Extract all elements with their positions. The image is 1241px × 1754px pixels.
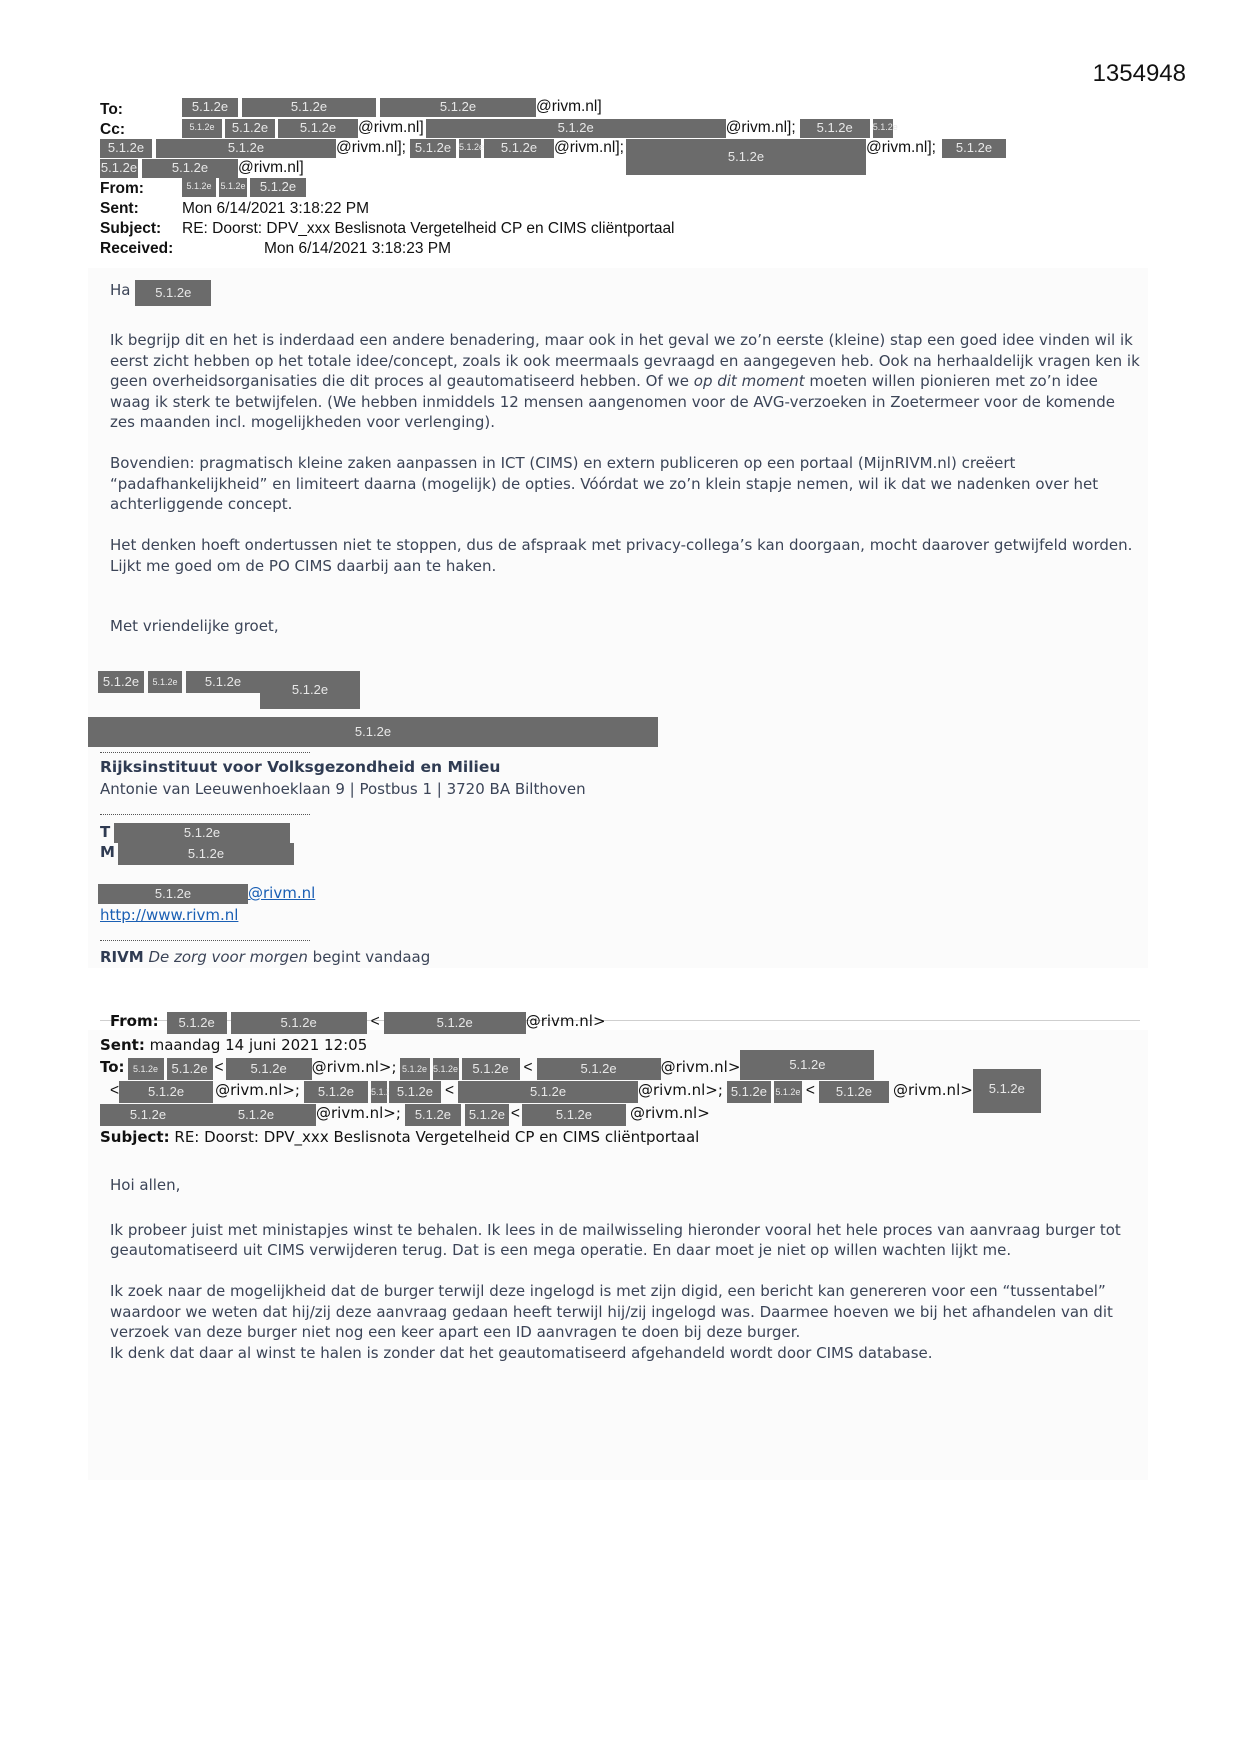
redaction: 5.1.2e [219, 178, 247, 197]
received-row: Received:Mon 6/14/2021 3:18:23 PM [100, 239, 451, 259]
greeting: Hoi allen, [110, 1175, 1140, 1196]
redaction: 5.1.2e [98, 884, 248, 904]
email-domain: @rivm.nl] [536, 98, 602, 115]
to-label: To: [100, 1058, 125, 1076]
sent-value: Mon 6/14/2021 3:18:22 PM [182, 200, 369, 217]
email-domain: @rivm.nl]; [726, 119, 796, 136]
redaction: 5.1.2e [800, 119, 870, 138]
redaction: 5.1.2e [186, 671, 260, 693]
paragraph: Ik begrijp dit en het is inderdaad een a… [110, 330, 1140, 433]
signature-title: 5.1.2e [88, 717, 658, 747]
redaction: 5.1.2e [135, 280, 211, 306]
redaction: 5.1.2e [522, 1104, 626, 1126]
paragraph: Ik denk dat daar al winst te halen is zo… [110, 1343, 1140, 1364]
redaction: 5.1.2e [196, 1104, 316, 1126]
redaction: 5.1.2e [250, 178, 306, 197]
cc-recipients-line3: 5.1.2e5.1.2e@rivm.nl] [100, 159, 304, 178]
redaction: 5.1.2e [118, 843, 294, 865]
sent-label: Sent: [100, 1036, 145, 1054]
redaction: 5.1.2e [462, 1058, 520, 1080]
email2-from-row: From: 5.1.2e5.1.2e<5.1.2e@rivm.nl> [110, 1012, 606, 1034]
email-link[interactable]: @rivm.nl [248, 884, 315, 902]
greeting: Ha [110, 281, 130, 299]
redaction: 5.1.2e [225, 119, 275, 138]
divider [100, 752, 310, 753]
to-label: To: [100, 100, 182, 120]
redaction: 5.1.2e [819, 1081, 889, 1103]
redaction: 5.1.2e [727, 1081, 771, 1103]
redaction: 5.1.2e [537, 1058, 661, 1080]
redaction: 5.1.2e [100, 139, 152, 158]
email2-to-line3: 5.1.2e5.1.2e@rivm.nl>;5.1.2e5.1.2e<5.1.2… [100, 1104, 710, 1126]
from-label: From: [100, 179, 144, 199]
redaction: 5.1.2e [100, 159, 138, 178]
email-domain: @rivm.nl]; [554, 139, 624, 156]
subject-label: Subject: [100, 1128, 170, 1146]
subject-value: RE: Doorst: DPV_xxx Beslisnota Vergetelh… [182, 220, 675, 237]
redaction: 5.1.2e [98, 671, 144, 693]
email-domain: @rivm.nl]; [336, 139, 406, 156]
phone-value: 5.1.2e [114, 823, 290, 843]
paragraph: Ik probeer juist met ministapjes winst t… [110, 1220, 1140, 1261]
phone-label: T [100, 823, 110, 841]
redaction: 5.1.2e [873, 119, 893, 138]
email2-body: Hoi allen, Ik probeer juist met ministap… [110, 1175, 1140, 1384]
received-value: Mon 6/14/2021 3:18:23 PM [264, 240, 451, 257]
redaction: 5.1.2e [626, 139, 866, 175]
redaction: 5.1.2e [384, 1012, 526, 1034]
subject-label: Subject: [100, 219, 182, 239]
redaction: 5.1.2e [100, 1104, 196, 1126]
redaction: 5.1.2e [260, 671, 360, 709]
subject-value: RE: Doorst: DPV_xxx Beslisnota Vergetelh… [174, 1128, 699, 1146]
email-domain: @rivm.nl]; [866, 139, 936, 156]
redaction: 5.1.2e [226, 1058, 312, 1080]
subject-row: Subject:RE: Doorst: DPV_xxx Beslisnota V… [100, 219, 675, 239]
redaction: 5.1.2e [405, 1104, 461, 1126]
redaction: 5.1.2e [484, 139, 554, 158]
email-domain: @rivm.nl> [526, 1012, 606, 1030]
sent-value: maandag 14 juni 2021 12:05 [150, 1036, 368, 1054]
organization-name: Rijksinstituut voor Volksgezondheid en M… [100, 758, 500, 776]
cc-label: Cc: [100, 120, 125, 140]
redaction: 5.1.2e [231, 1012, 367, 1034]
redaction: 5.1.2e [465, 1104, 509, 1126]
redaction: 5.1.2e [389, 1081, 441, 1103]
email2-to-line1: To:5.1.2e5.1.2e<5.1.2e@rivm.nl>;5.1.2e5.… [100, 1058, 874, 1080]
redaction: 5.1.2e [182, 178, 216, 197]
redaction: 5.1.2e [88, 717, 658, 747]
redaction: 5.1.2e [156, 139, 336, 158]
redaction: 5.1.2e [380, 98, 536, 117]
redaction: 5.1.2e [973, 1069, 1041, 1113]
redaction: 5.1.2e [128, 1058, 164, 1080]
sent-row: Sent:Mon 6/14/2021 3:18:22 PM [100, 199, 369, 219]
redaction: 5.1.2e [433, 1058, 459, 1080]
redaction: 5.1.2e [942, 139, 1006, 158]
cc-recipients-line1: 5.1.2e5.1.2e5.1.2e@rivm.nl]5.1.2e@rivm.n… [182, 119, 893, 138]
redaction: 5.1.2e [278, 119, 358, 138]
closing: Met vriendelijke groet, [110, 616, 1140, 637]
email2-sent-row: Sent: maandag 14 juni 2021 12:05 [100, 1036, 367, 1054]
redaction: 5.1.2e [304, 1081, 368, 1103]
divider [100, 940, 310, 941]
paragraph: Bovendien: pragmatisch kleine zaken aanp… [110, 453, 1140, 515]
email1-body: Ha 5.1.2e Ik begrijp dit en het is inder… [110, 280, 1140, 657]
redaction: 5.1.2e [114, 823, 290, 843]
organization-address: Antonie van Leeuwenhoeklaan 9 | Postbus … [100, 780, 586, 798]
redaction: 5.1.2e [119, 1081, 213, 1103]
redaction: 5.1.2e [459, 139, 481, 158]
redaction: 5.1.2e [371, 1081, 387, 1103]
from-row: From: [100, 179, 144, 199]
email-domain: @rivm.nl] [238, 159, 304, 176]
signature-email: 5.1.2e@rivm.nl [98, 884, 315, 904]
email2-subject-row: Subject: RE: Doorst: DPV_xxx Beslisnota … [100, 1128, 699, 1146]
redaction: 5.1.2e [774, 1081, 802, 1103]
tagline: RIVM De zorg voor morgen begint vandaag [100, 948, 430, 966]
to-recipients: 5.1.2e5.1.2e5.1.2e@rivm.nl] [182, 98, 602, 117]
mobile-value: 5.1.2e [118, 843, 294, 865]
redaction: 5.1.2e [426, 119, 726, 138]
redaction: 5.1.2e [242, 98, 376, 117]
redaction: 5.1.2e [142, 159, 238, 178]
redaction: 5.1.2e [740, 1050, 874, 1080]
paragraph: Het denken hoeft ondertussen niet te sto… [110, 535, 1140, 576]
from-label: From: [110, 1012, 159, 1030]
redaction: 5.1.2e [182, 119, 222, 138]
sent-label: Sent: [100, 199, 182, 219]
divider [100, 814, 310, 815]
website-link[interactable]: http://www.rivm.nl [100, 906, 238, 924]
from-sender: 5.1.2e5.1.2e5.1.2e [182, 178, 306, 197]
redaction: 5.1.2e [458, 1081, 638, 1103]
received-label: Received: [100, 239, 264, 259]
paragraph: Ik zoek naar de mogelijkheid dat de burg… [110, 1281, 1140, 1343]
redaction: 5.1.2e [400, 1058, 430, 1080]
to-row: To: [100, 100, 182, 120]
email-domain: @rivm.nl] [358, 119, 424, 136]
cc-row: Cc: [100, 120, 125, 140]
redaction: 5.1.2e [410, 139, 456, 158]
mobile-label: M [100, 843, 115, 861]
redaction: 5.1.2e [167, 1012, 227, 1034]
redaction: 5.1.2e [148, 671, 182, 693]
document-id: 1354948 [1093, 60, 1186, 88]
redaction: 5.1.2e [167, 1058, 213, 1080]
signature-name: 5.1.2e5.1.2e5.1.2e5.1.2e [98, 671, 360, 709]
redaction: 5.1.2e [182, 98, 238, 117]
